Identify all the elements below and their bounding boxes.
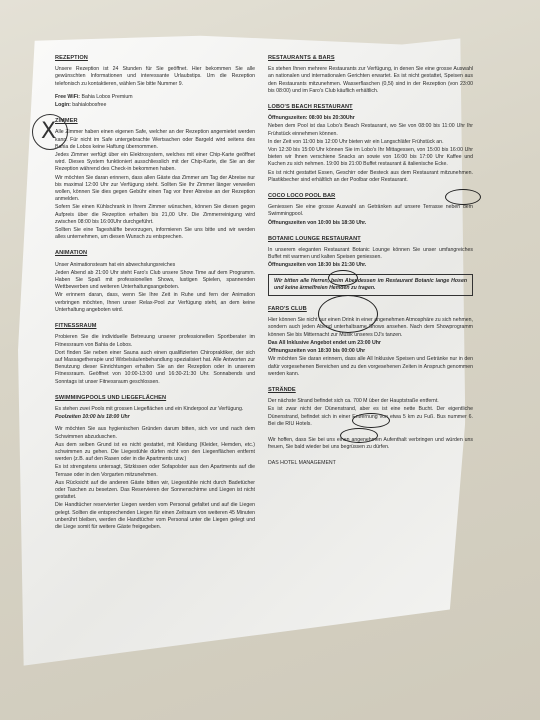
paragraph: Es ist strengstens untersagt, Sitzkissen… xyxy=(55,464,255,478)
section-animation: ANIMATION Unser Animationsteam hat ein a… xyxy=(55,250,255,314)
paragraph: Aus Rücksicht auf die anderen Gäste bitt… xyxy=(55,480,255,502)
handwritten-circle-icon xyxy=(318,295,378,333)
paragraph: Jeden Abend ab 21:00 Uhr steht Faro's Cl… xyxy=(55,270,255,292)
section-title: ZIMMER xyxy=(55,118,255,125)
section-fitnessraum: FITNESSRAUM Probieren Sie die individuel… xyxy=(55,323,255,386)
handwritten-circle-icon xyxy=(445,189,481,205)
login-line: Login: bahialobosfree xyxy=(55,102,255,109)
paragraph: Wir möchten Sie daran erinnern, dass all… xyxy=(268,356,473,378)
section-title: COCO LOCO POOL BAR xyxy=(268,193,473,200)
handwritten-circle-icon xyxy=(340,428,378,443)
handwritten-circle-icon xyxy=(352,413,390,428)
section-title: BOTANIC LOUNGE RESTAURANT xyxy=(268,236,473,243)
paragraph: Dort finden Sie neben einer Sauna auch e… xyxy=(55,350,255,386)
section-zimmer: ZIMMER Alle Zimmer haben einen eigenen S… xyxy=(55,118,255,241)
paragraph: Sollten Sie eine Tageshälfte bevorzugen,… xyxy=(55,227,255,241)
paragraph: Wir erinnern daran, dass, wenn Sie Ihre … xyxy=(55,292,255,314)
paragraph: Wir möchten Sie aus hygienischen Gründen… xyxy=(55,426,255,440)
paragraph: Aus dem selben Grund ist es nicht gestat… xyxy=(55,442,255,464)
opening-hours: Öffnungszeiten von 18:30 bis 21:30 Uhr. xyxy=(268,262,366,268)
all-inclusive-end: Das All Inklusive Angebot endet um 23:00… xyxy=(268,340,381,346)
wifi-line: Free WiFi: Bahia Lobos Premium xyxy=(55,94,255,101)
section-title: ANIMATION xyxy=(55,250,255,257)
opening-hours: Öffnungszeiten von 18:30 bis 00:00 Uhr xyxy=(268,348,365,354)
section-text: In unserem eleganten Restaurant Botanic … xyxy=(268,247,473,261)
section-title: SWIMMINGPOOLS UND LIEGEFLÄCHEN xyxy=(55,395,255,402)
section-pools: SWIMMINGPOOLS UND LIEGEFLÄCHEN Es stehen… xyxy=(55,395,255,531)
section-coco-loco: COCO LOCO POOL BAR Geniessen Sie eine gr… xyxy=(268,193,473,227)
paragraph: Wir möchten Sie daran erinnern, dass all… xyxy=(55,175,255,204)
section-botanic: BOTANIC LOUNGE RESTAURANT In unserem ele… xyxy=(268,236,473,296)
section-title: REZEPTION xyxy=(55,55,255,62)
section-restaurants: RESTAURANTS & BARS Es stehen Ihnen mehre… xyxy=(268,55,473,95)
left-column: REZEPTION Unsere Rezeption ist 24 Stunde… xyxy=(55,55,255,540)
opening-hours: Öffnungszeiten von 10:00 bis 18:30 Uhr. xyxy=(268,220,366,226)
section-title: FITNESSRAUM xyxy=(55,323,255,330)
section-rezeption: REZEPTION Unsere Rezeption ist 24 Stunde… xyxy=(55,55,255,109)
opening-hours: Öffnungszeiten: 08:00 bis 20:30Uhr xyxy=(268,115,355,121)
section-title: RESTAURANTS & BARS xyxy=(268,55,473,62)
paragraph: Die Handtücher reservierter Liegen werde… xyxy=(55,502,255,531)
paragraph: Der nächste Strand befindet sich ca. 700… xyxy=(268,398,473,405)
paragraph: In der Zeit von 11:00 bis 12:00 Uhr biet… xyxy=(268,139,473,146)
right-column: RESTAURANTS & BARS Es stehen Ihnen mehre… xyxy=(268,55,473,469)
paragraph: Neben dem Pool ist das Lobo's Beach Rest… xyxy=(268,123,473,137)
signature: DAS HOTEL MANAGEMENT xyxy=(268,460,473,467)
paragraph: Von 12:30 bis 15:00 Uhr können Sie im Lo… xyxy=(268,147,473,169)
paragraph: Unser Animationsteam hat ein abwechslung… xyxy=(55,262,255,269)
section-text: Geniessen Sie eine grosse Auswahl an Get… xyxy=(268,204,473,218)
handwritten-circle-icon xyxy=(328,270,358,286)
paragraph: Es stehen zwei Pools mit grossen Liegefl… xyxy=(55,406,255,413)
pool-hours: Poolzeiten 10:00 bis 18:00 Uhr xyxy=(55,414,255,421)
section-lobos-beach: LOBO'S BEACH RESTAURANT Öffnungszeiten: … xyxy=(268,104,473,184)
section-text: Es stehen Ihnen mehrere Restaurants zur … xyxy=(268,66,473,95)
section-title: STRÄNDE xyxy=(268,387,473,394)
paragraph: Alle Zimmer haben einen eigenen Safe, we… xyxy=(55,129,255,151)
dress-code-note: Wir bitten alle Herren, beim Abendessen … xyxy=(268,274,473,296)
paragraph: Probieren Sie die individuelle Betreuung… xyxy=(55,334,255,348)
paragraph: Jedes Zimmer verfügt über ein Elektrosys… xyxy=(55,152,255,174)
paragraph: Sofern Sie einen Kühlschrank in Ihrem Zi… xyxy=(55,204,255,226)
section-title: LOBO'S BEACH RESTAURANT xyxy=(268,104,473,111)
paragraph: Es ist nicht gestattet Essen, Geschirr o… xyxy=(268,170,473,184)
section-text: Unsere Rezeption ist 24 Stunden für Sie … xyxy=(55,66,255,88)
